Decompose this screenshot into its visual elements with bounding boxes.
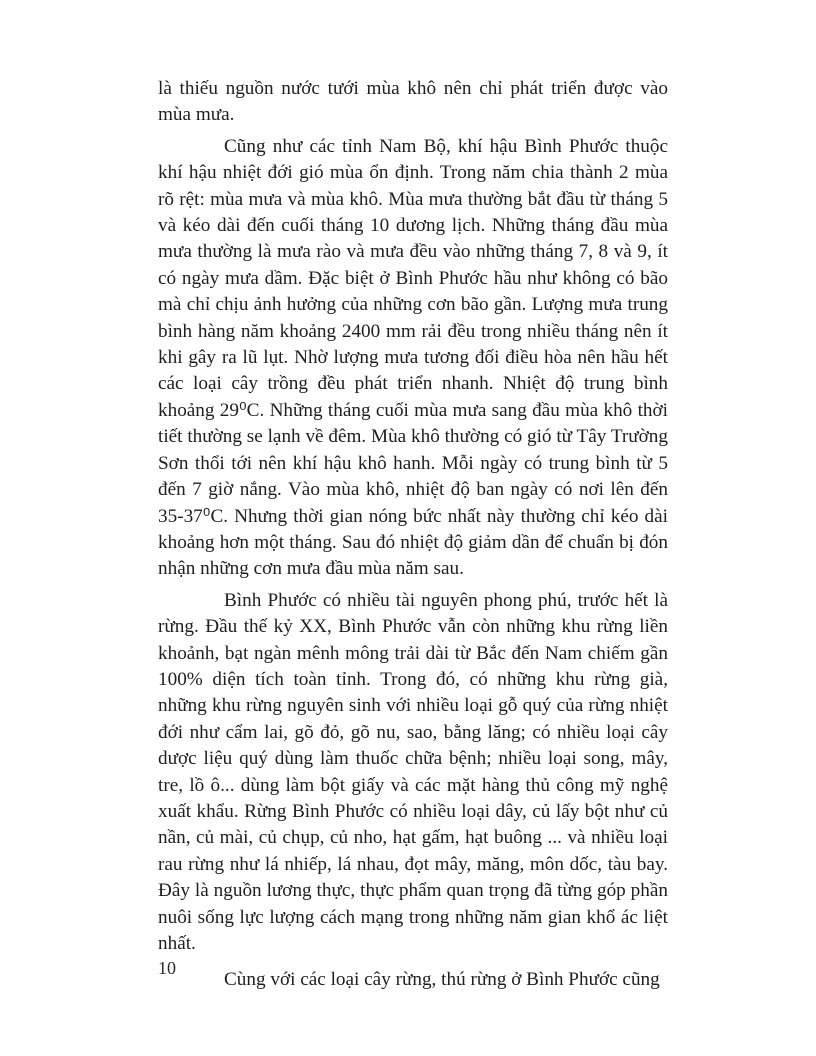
paragraph-wildlife: Cùng với các loại cây rừng, thú rừng ở B… (158, 967, 668, 993)
paragraph-climate: Cũng như các tỉnh Nam Bộ, khí hậu Bình P… (158, 134, 668, 583)
paragraph-continuation: là thiếu nguồn nước tưới mùa khô nên chỉ… (158, 76, 668, 129)
paragraph-forest-resources: Bình Phước có nhiều tài nguyên phong phú… (158, 588, 668, 958)
page-number: 10 (158, 958, 176, 979)
page-body: là thiếu nguồn nước tưới mùa khô nên chỉ… (158, 76, 668, 994)
